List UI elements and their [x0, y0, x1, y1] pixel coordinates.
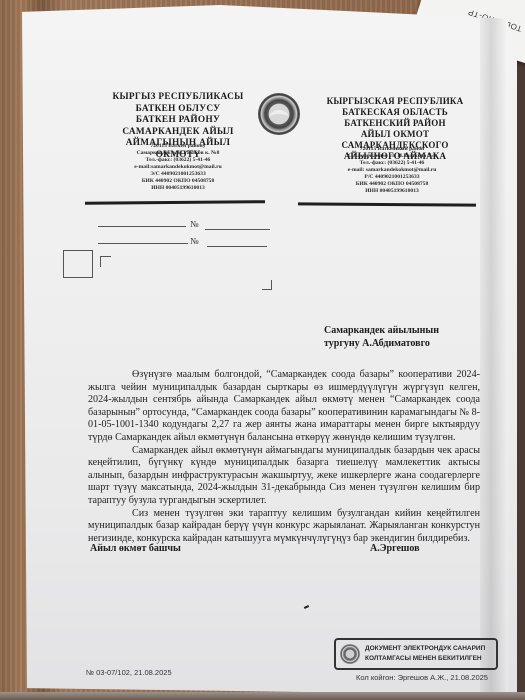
state-emblem-icon [340, 644, 360, 664]
registration-date-line-1 [98, 226, 186, 227]
paper-fold-shadow [480, 15, 508, 700]
address-line: e-mail:samarkandekokmot@mail.ru [98, 164, 258, 171]
esig-line-1: ДОКУМЕНТ ЭЛЕКТРОНДУК САНАРИП [365, 644, 485, 654]
registration-number-sign-1: № [190, 219, 199, 229]
registration-number-line-2 [207, 246, 267, 247]
addressee: Самаркандек айылынын тургуну А.Абдиматов… [324, 324, 439, 350]
registration-date-line-2 [98, 243, 188, 244]
address-line: ИНН 00405199610013 [312, 188, 472, 195]
address-line: 720115 Баткенский район [312, 146, 472, 153]
registration-number-line-1 [205, 229, 270, 230]
signatory-title: Айыл өкмөт башчы [90, 543, 181, 554]
letterhead-right-line: БАТКЕСКАЯ ОБЛАСТЬ [315, 107, 475, 118]
body-paragraph: Самаркандек айыл өкмөтүнүн аймагындагы м… [88, 445, 480, 508]
address-line: Тел.-факс: (03622) 5-41-46 [98, 157, 258, 164]
addressee-line-1: Самаркандек айылынын [324, 324, 439, 337]
letterhead-left-line: САМАРКАНДЕК АЙЫЛ [98, 127, 258, 139]
letterhead-left-address: 720115 Баткен району Самаркандек а. И.Ра… [98, 143, 258, 192]
letterhead-left-line: КЫРГЫЗ РЕСПУБЛИКАСЫ [98, 92, 258, 104]
letterhead-left-line: БАТКЕН ОБЛУСУ [98, 104, 258, 116]
document-number: № 03-07/102, 21.08.2025 [86, 668, 172, 677]
registration-number-sign-2: № [190, 236, 199, 246]
addressee-line-2: тургуну А.Абдиматовго [324, 337, 439, 350]
address-line: e-mail: samarkandekokmot@mail.ru [312, 167, 472, 174]
address-line: Тел.-факс: (03622) 5-41-46 [312, 160, 472, 167]
letterhead-left-line: БАТКЕН РАЙОНУ [98, 115, 258, 127]
address-line: БИК 440902 ОКПО 04508758 [312, 181, 472, 188]
address-line: Р/С 4409021001253633 [312, 174, 472, 181]
address-line: Самаркандек а. И.Разаков к. №8 [98, 150, 258, 157]
state-emblem-icon [258, 93, 300, 135]
body-paragraph: Өзүнүзгө маалым болгондой, “Самаркандек … [88, 369, 480, 445]
letterhead-right-line: КЫРГЫЗСКАЯ РЕСПУБЛИКА [315, 96, 475, 107]
letterhead-right-address: 720115 Баткенский район С.Самаркандек ул… [312, 146, 472, 195]
letterhead-right-line: АЙЫЛ ОКМОТ [315, 129, 475, 140]
electronic-signature-stamp: ДОКУМЕНТ ЭЛЕКТРОНДУК САНАРИП КОЛТАМГАСЫ … [334, 638, 498, 670]
address-line: ИНН 00405199610013 [98, 185, 258, 192]
signatory-name: А.Эргешов [370, 543, 420, 554]
address-line: 720115 Баткен району [98, 143, 258, 150]
table-edge-shadow [0, 692, 525, 700]
address-line: БИК 440902 ОКПО 04508758 [98, 178, 258, 185]
address-line: С.Самаркандек ул. И.Разакова №8 [312, 153, 472, 160]
letterhead-right-line: БАТКЕНСКИЙ РАЙОН [315, 118, 475, 129]
stamp-box [63, 250, 93, 278]
esig-line-2: КОЛТАМГАСЫ МЕНЕН БЕКИТИЛГЕН [365, 654, 485, 664]
esig-text: ДОКУМЕНТ ЭЛЕКТРОНДУК САНАРИП КОЛТАМГАСЫ … [365, 644, 485, 664]
letter-body: Өзүнүзгө маалым болгондой, “Самаркандек … [88, 369, 480, 545]
signed-by: Кол койгон: Эргешов А.Ж., 21.08.2025 [356, 673, 488, 682]
address-corner-mark-bottom-right [262, 280, 272, 290]
address-line: Э/С 4409021001253633 [98, 171, 258, 178]
body-paragraph: Сиз менен түзүлгөн эки тараптуу келишим … [88, 508, 480, 546]
address-corner-mark-top-left [100, 256, 111, 267]
